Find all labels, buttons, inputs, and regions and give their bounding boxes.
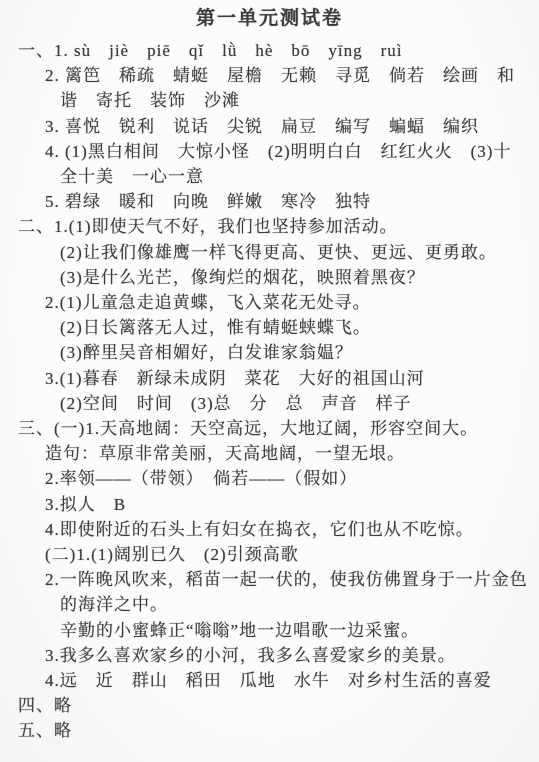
- answer-line: 3.拟人 B: [0, 492, 539, 517]
- answer-line: 2.(1)儿童急走追黄蝶，飞入菜花无处寻。: [0, 290, 539, 315]
- answer-line: 5. 碧绿 暖和 向晚 鲜嫩 寒冷 独特: [0, 189, 539, 214]
- answer-line: 造句：草原非常美丽，天高地阔，一望无垠。: [0, 441, 539, 466]
- answer-line: 全十美 一心一意: [0, 164, 539, 189]
- answer-line: 谐 寄托 装饰 沙滩: [0, 88, 539, 113]
- answer-line: 五、略: [0, 718, 539, 743]
- answer-line: (3)是什么光芒，像绚烂的烟花，映照着黑夜？: [0, 265, 539, 290]
- answer-line: 的海洋之中。: [0, 592, 539, 617]
- answer-line: 2.率领——（带领） 倘若——（假如）: [0, 466, 539, 491]
- answer-line: 一、1. sù jiè piē qǐ lǜ hè bō yīng ruì: [0, 38, 539, 63]
- answer-line: (2)空间 时间 (3)总 分 总 声音 样子: [0, 391, 539, 416]
- answer-line: 3. 喜悦 锐利 说话 尖锐 扁豆 编写 蝙蝠 编织: [0, 114, 539, 139]
- page-title: 第一单元测试卷: [0, 6, 539, 32]
- answer-line: 二、1.(1)即使天气不好，我们也坚持参加活动。: [0, 214, 539, 239]
- answer-line: 三、(一)1.天高地阔：天空高远，大地辽阔，形容空间大。: [0, 416, 539, 441]
- answer-line: 四、略: [0, 693, 539, 718]
- answer-line: 2. 篱笆 稀疏 蜻蜓 屋檐 无赖 寻觅 倘若 绘画 和: [0, 63, 539, 88]
- answer-line: (2)日长篱落无人过，惟有蜻蜓蛱蝶飞。: [0, 315, 539, 340]
- answer-line: (2)让我们像雄鹰一样飞得更高、更快、更远、更勇敢。: [0, 240, 539, 265]
- answer-line: 4. (1)黑白相间 大惊小怪 (2)明明白白 红红火火 (3)十: [0, 139, 539, 164]
- document-page: 第一单元测试卷 一、1. sù jiè piē qǐ lǜ hè bō yīng…: [0, 0, 539, 762]
- answer-line: 辛勤的小蜜蜂正“嗡嗡”地一边唱歌一边采蜜。: [0, 618, 539, 643]
- answer-line: 4.远 近 群山 稻田 瓜地 水牛 对乡村生活的喜爱: [0, 668, 539, 693]
- answer-line: (二)1.(1)阔别已久 (2)引颈高歌: [0, 542, 539, 567]
- answer-content: 一、1. sù jiè piē qǐ lǜ hè bō yīng ruì2. 篱…: [0, 38, 539, 744]
- answer-line: 3.我多么喜欢家乡的小河，我多么喜爱家乡的美景。: [0, 643, 539, 668]
- answer-line: (3)醉里吴音相媚好，白发谁家翁媪？: [0, 340, 539, 365]
- answer-line: 4.即使附近的石头上有妇女在捣衣，它们也从不吃惊。: [0, 517, 539, 542]
- answer-line: 2.一阵晚风吹来，稻苗一起一伏的，使我仿佛置身于一片金色: [0, 567, 539, 592]
- answer-line: 3.(1)暮春 新绿未成阴 菜花 大好的祖国山河: [0, 366, 539, 391]
